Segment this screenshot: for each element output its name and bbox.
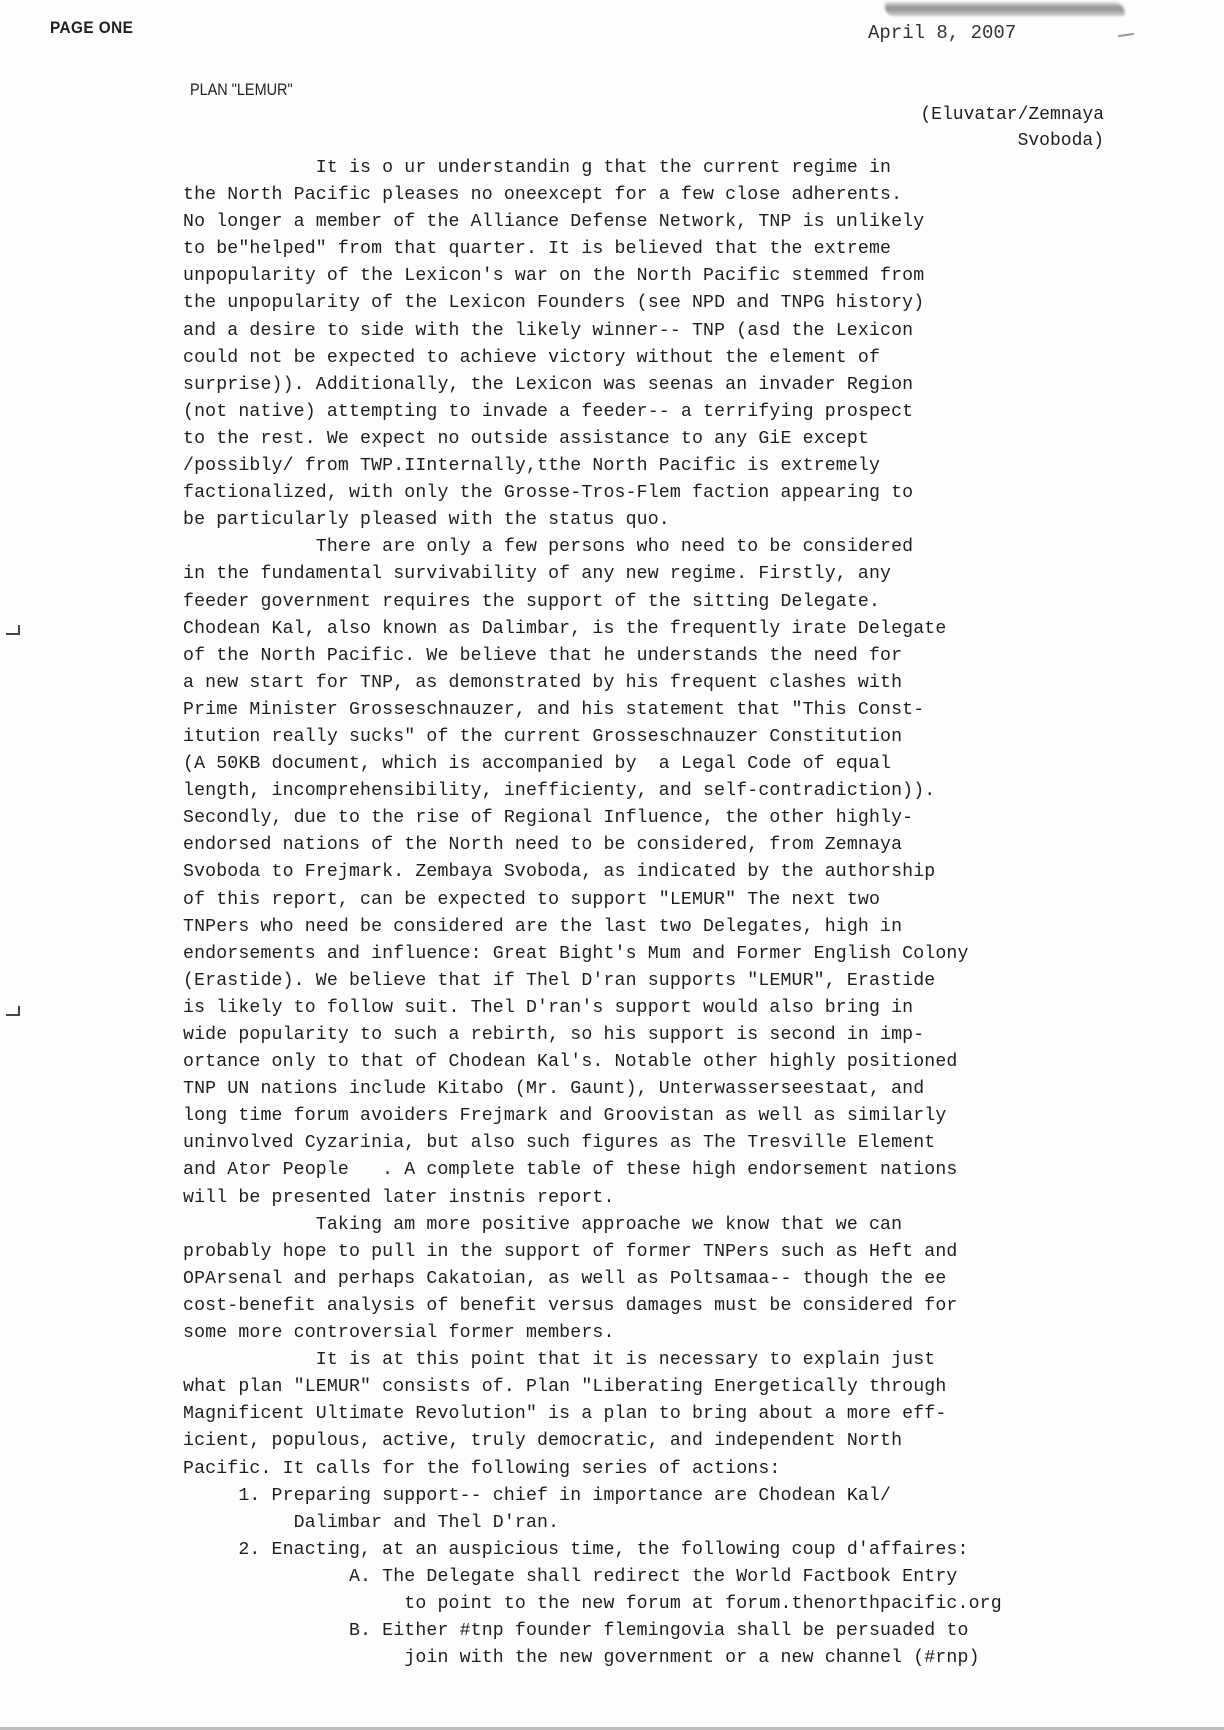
text-line: unpopularity of the Lexicon's war on the… [183, 263, 1183, 290]
text-line: to the rest. We expect no outside assist… [183, 426, 1183, 453]
margin-hole-mark [6, 625, 20, 635]
text-line: Secondly, due to the rise of Regional In… [183, 805, 1183, 832]
text-line: Svoboda to Frejmark. Zembaya Svoboda, as… [183, 859, 1183, 886]
text-line: wide popularity to such a rebirth, so hi… [183, 1022, 1183, 1049]
text-line: itution really sucks" of the current Gro… [183, 724, 1183, 751]
author-line: Svoboda) [920, 128, 1104, 154]
text-line: Chodean Kal, also known as Dalimbar, is … [183, 616, 1183, 643]
text-line: OPArsenal and perhaps Cakatoian, as well… [183, 1266, 1183, 1293]
text-line: 2. Enacting, at an auspicious time, the … [183, 1537, 1183, 1564]
document-page: PAGE ONE April 8, 2007 PLAN "LEMUR" (Elu… [0, 0, 1224, 1730]
page-label: PAGE ONE [50, 18, 133, 38]
text-line: the unpopularity of the Lexicon Founders… [183, 290, 1183, 317]
text-line: 1. Preparing support-- chief in importan… [183, 1483, 1183, 1510]
author-line: (Eluvatar/Zemnaya [920, 102, 1104, 128]
text-line: could not be expected to achieve victory… [183, 345, 1183, 372]
text-line: will be presented later instnis report. [183, 1185, 1183, 1212]
text-line: Prime Minister Grosseschnauzer, and his … [183, 697, 1183, 724]
text-line: is likely to follow suit. Thel D'ran's s… [183, 995, 1183, 1022]
text-line: It is o ur understandin g that the curre… [183, 155, 1183, 182]
text-line: B. Either #tnp founder flemingovia shall… [183, 1618, 1183, 1645]
text-line: uninvolved Cyzarinia, but also such figu… [183, 1130, 1183, 1157]
text-line: of the North Pacific. We believe that he… [183, 643, 1183, 670]
text-line: what plan "LEMUR" consists of. Plan "Lib… [183, 1374, 1183, 1401]
document-title: PLAN "LEMUR" [190, 80, 293, 100]
text-line: It is at this point that it is necessary… [183, 1347, 1183, 1374]
text-line: TNP UN nations include Kitabo (Mr. Gaunt… [183, 1076, 1183, 1103]
author-attribution: (Eluvatar/Zemnaya Svoboda) [920, 102, 1104, 154]
text-line: in the fundamental survivability of any … [183, 561, 1183, 588]
text-line: Pacific. It calls for the following seri… [183, 1456, 1183, 1483]
text-line: some more controversial former members. [183, 1320, 1183, 1347]
text-line: probably hope to pull in the support of … [183, 1239, 1183, 1266]
text-line: endorsed nations of the North need to be… [183, 832, 1183, 859]
text-line: Magnificent Ultimate Revolution" is a pl… [183, 1401, 1183, 1428]
text-line: Dalimbar and Thel D'ran. [183, 1510, 1183, 1537]
text-line: join with the new government or a new ch… [183, 1645, 1183, 1672]
text-line: factionalized, with only the Grosse-Tros… [183, 480, 1183, 507]
text-line: surprise)). Additionally, the Lexicon wa… [183, 372, 1183, 399]
text-line: a new start for TNP, as demonstrated by … [183, 670, 1183, 697]
text-line: of this report, can be expected to suppo… [183, 887, 1183, 914]
document-body: It is o ur understandin g that the curre… [183, 155, 1183, 1672]
text-line: the North Pacific pleases no oneexcept f… [183, 182, 1183, 209]
margin-hole-mark [6, 1006, 20, 1016]
text-line: There are only a few persons who need to… [183, 534, 1183, 561]
text-line: ortance only to that of Chodean Kal's. N… [183, 1049, 1183, 1076]
text-line: /possibly/ from TWP.IInternally,tthe Nor… [183, 453, 1183, 480]
pen-mark [1118, 33, 1134, 37]
text-line: and Ator People . A complete table of th… [183, 1157, 1183, 1184]
text-line: (not native) attempting to invade a feed… [183, 399, 1183, 426]
text-line: No longer a member of the Alliance Defen… [183, 209, 1183, 236]
text-line: long time forum avoiders Frejmark and Gr… [183, 1103, 1183, 1130]
text-line: A. The Delegate shall redirect the World… [183, 1564, 1183, 1591]
text-line: TNPers who need be considered are the la… [183, 914, 1183, 941]
text-line: feeder government requires the support o… [183, 589, 1183, 616]
text-line: Taking am more positive approache we kno… [183, 1212, 1183, 1239]
document-date: April 8, 2007 [868, 22, 1016, 44]
redaction-scribble [885, 2, 1125, 16]
text-line: icient, populous, active, truly democrat… [183, 1428, 1183, 1455]
text-line: to be"helped" from that quarter. It is b… [183, 236, 1183, 263]
text-line: length, incomprehensibility, inefficient… [183, 778, 1183, 805]
text-line: (Erastide). We believe that if Thel D'ra… [183, 968, 1183, 995]
text-line: endorsements and influence: Great Bight'… [183, 941, 1183, 968]
text-line: be particularly pleased with the status … [183, 507, 1183, 534]
text-line: and a desire to side with the likely win… [183, 318, 1183, 345]
text-line: cost-benefit analysis of benefit versus … [183, 1293, 1183, 1320]
text-line: to point to the new forum at forum.theno… [183, 1591, 1183, 1618]
text-line: (A 50KB document, which is accompanied b… [183, 751, 1183, 778]
